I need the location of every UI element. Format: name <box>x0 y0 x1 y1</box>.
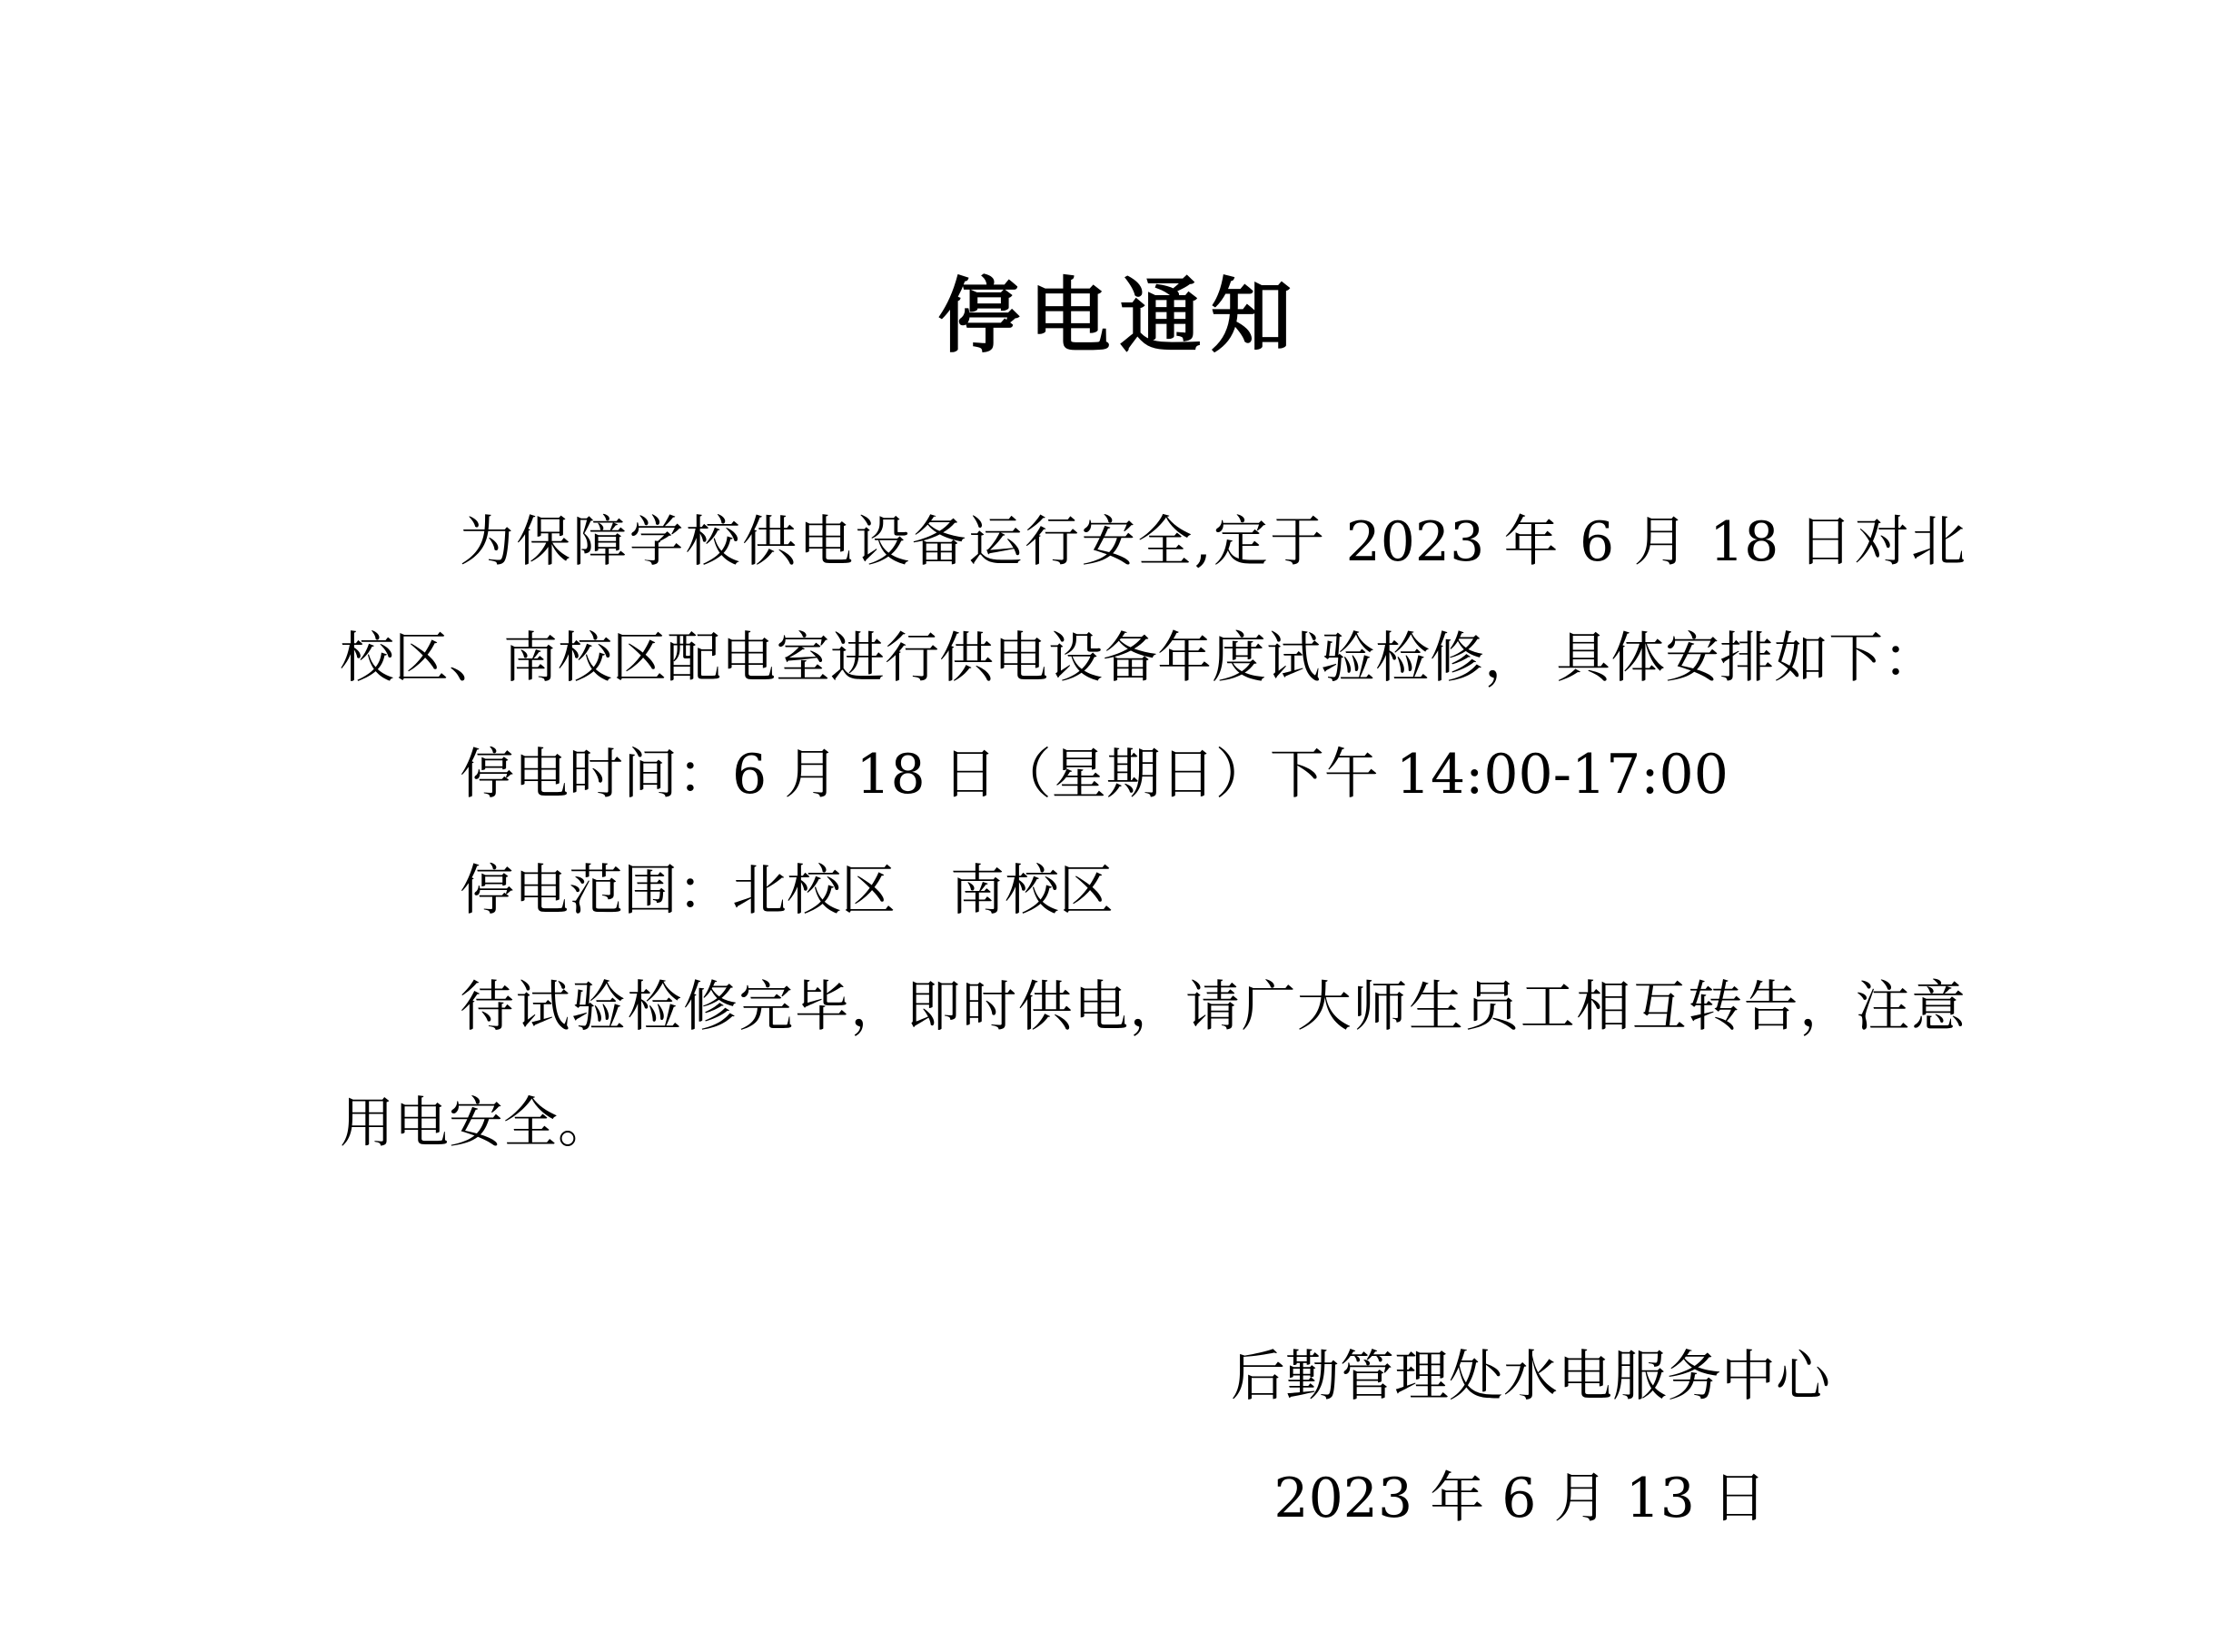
notice-title: 停电通知 <box>0 0 2239 364</box>
outage-time-line: 停电时间：6 月 18 日（星期日）下午 14:00-17:00 <box>340 717 1966 833</box>
notice-page: 停电通知 为保障学校供电设备运行安全,定于 2023 年 6 月 18 日对北校… <box>0 0 2239 1652</box>
outage-scope-line: 停电范围：北校区 南校区 <box>340 833 1966 949</box>
issuer-signature: 后勤管理处水电服务中心 <box>0 1316 2239 1438</box>
signature-block: 后勤管理处水电服务中心 2023 年 6 月 13 日 <box>0 1316 2239 1559</box>
closing-paragraph: 待试验检修完毕，即时供电，请广大师生员工相互转告，注意用电安全。 <box>340 949 1966 1182</box>
notice-body: 为保障学校供电设备运行安全,定于 2023 年 6 月 18 日对北校区、南校区… <box>340 484 1966 1182</box>
issue-date: 2023 年 6 月 13 日 <box>0 1438 2239 1559</box>
intro-paragraph: 为保障学校供电设备运行安全,定于 2023 年 6 月 18 日对北校区、南校区… <box>340 484 1966 717</box>
